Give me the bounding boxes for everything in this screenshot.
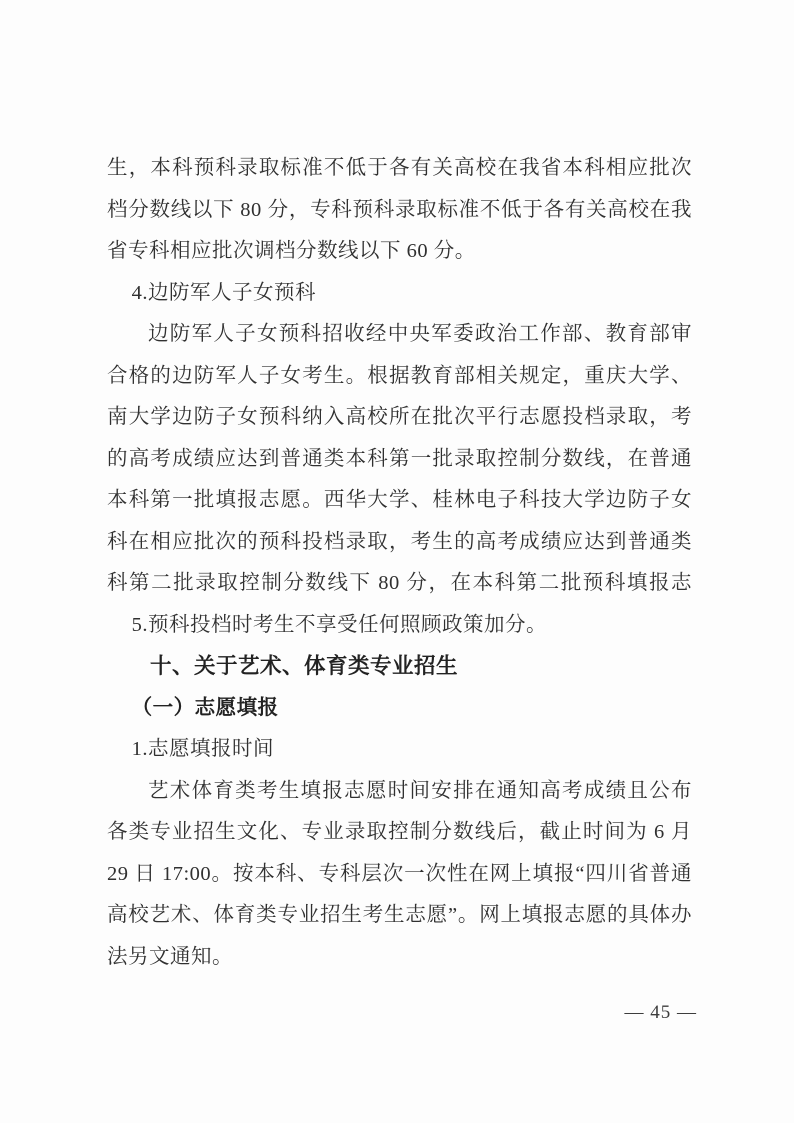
text-line: 科第二批录取控制分数线下 80 分，在本科第二批预科填报志愿。 bbox=[107, 563, 692, 605]
text-line: 的高考成绩应达到普通类本科第一批录取控制分数线，在普通类 bbox=[107, 439, 692, 481]
text-line: 科在相应批次的预科投档录取，考生的高考成绩应达到普通类本 bbox=[107, 522, 692, 564]
text-line: 省专科相应批次调档分数线以下 60 分。 bbox=[107, 231, 692, 273]
text-line: 4.边防军人子女预科 bbox=[107, 273, 692, 315]
text-line: 档分数线以下 80 分，专科预科录取标准不低于各有关高校在我 bbox=[107, 190, 692, 232]
text-line: 南大学边防子女预科纳入高校所在批次平行志愿投档录取，考生 bbox=[107, 397, 692, 439]
text-line: 边防军人子女预科招收经中央军委政治工作部、教育部审定 bbox=[107, 314, 692, 356]
text-line: 各类专业招生文化、专业录取控制分数线后，截止时间为 6 月 bbox=[107, 812, 692, 854]
page-number: — 45 — bbox=[625, 1002, 698, 1023]
document-body: 生，本科预科录取标准不低于各有关高校在我省本科相应批次调档分数线以下 80 分，… bbox=[107, 148, 692, 978]
text-line: 艺术体育类考生填报志愿时间安排在通知高考成绩且公布 bbox=[107, 771, 692, 813]
text-line: 生，本科预科录取标准不低于各有关高校在我省本科相应批次调 bbox=[107, 148, 692, 190]
text-line: 本科第一批填报志愿。西华大学、桂林电子科技大学边防子女预 bbox=[107, 480, 692, 522]
text-line: 5.预科投档时考生不享受任何照顾政策加分。 bbox=[107, 605, 692, 647]
text-line: 29 日 17:00。按本科、专科层次一次性在网上填报“四川省普通 bbox=[107, 854, 692, 896]
heading-line: 十、关于艺术、体育类专业招生 bbox=[107, 646, 692, 688]
document-page: 生，本科预科录取标准不低于各有关高校在我省本科相应批次调档分数线以下 80 分，… bbox=[0, 0, 794, 1123]
text-line: 法另文通知。 bbox=[107, 937, 692, 979]
text-line: 合格的边防军人子女考生。根据教育部相关规定，重庆大学、湖 bbox=[107, 356, 692, 398]
text-line: 高校艺术、体育类专业招生考生志愿”。网上填报志愿的具体办 bbox=[107, 895, 692, 937]
subheading-line: （一）志愿填报 bbox=[107, 688, 692, 730]
text-line: 1.志愿填报时间 bbox=[107, 729, 692, 771]
page-footer: — 45 — bbox=[625, 1002, 698, 1024]
